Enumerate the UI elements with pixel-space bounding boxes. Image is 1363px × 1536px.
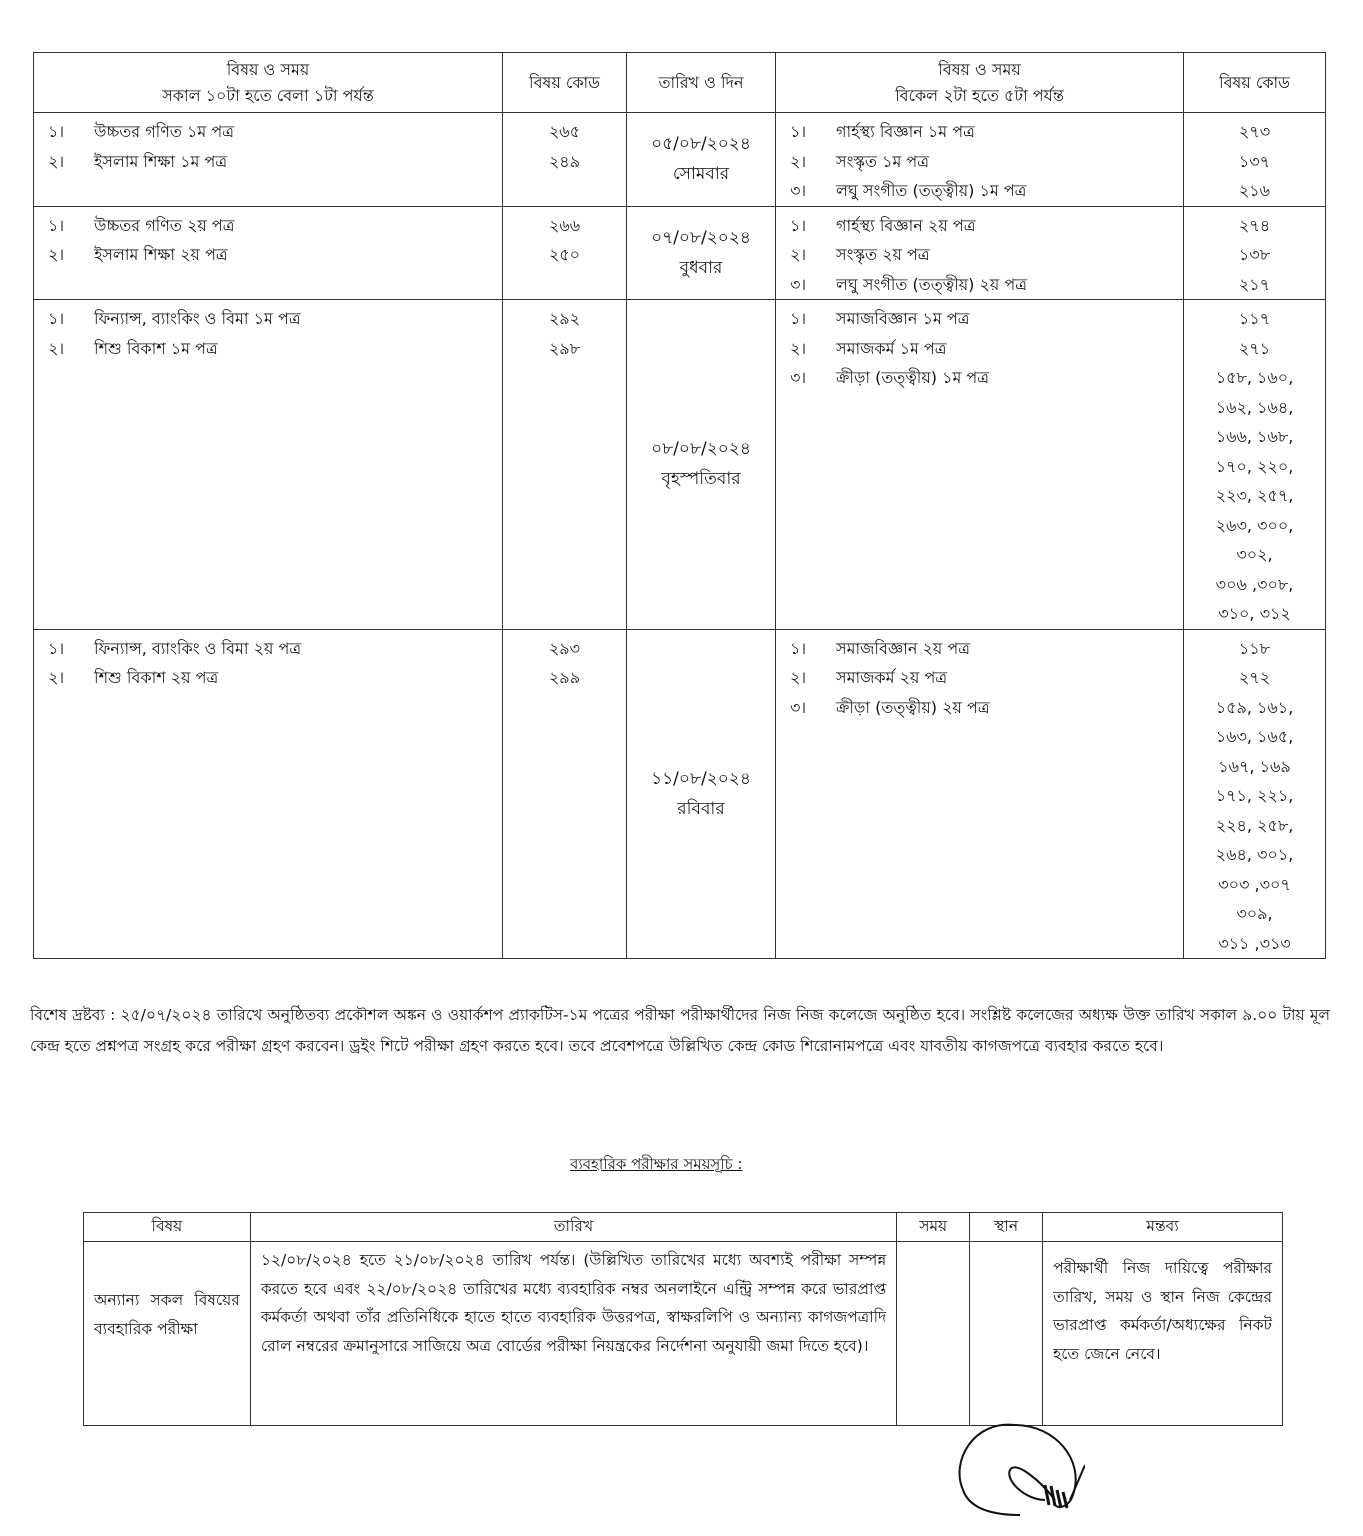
subject-code: ২৫০ [503,240,626,270]
subject-line: ২।ইসলাম শিক্ষা ২য় পত্র [34,240,502,270]
practical-header-place: স্থান [970,1213,1043,1242]
header-line: বিষয় ও সময় [34,57,502,83]
practical-header-subject: বিষয় [84,1213,251,1242]
subject-code: ২১৭ [1184,270,1325,300]
subject-code: ৩০৬ ,৩০৮, [1184,570,1325,600]
subject-line: ৩।লঘু সংগীত (তত্ত্বীয়) ১ম পত্র [776,176,1183,206]
item-number: ৩। [776,693,836,723]
item-number: ৩। [776,363,836,393]
subject-line: ১।গার্হস্থ্য বিজ্ঞান ১ম পত্র [776,117,1183,147]
subject-name: সংস্কৃত ১ম পত্র [836,152,929,171]
subject-code: ১৫৮, ১৬০, [1184,363,1325,393]
subject-code: ৩০৯, [1184,899,1325,929]
subject-code: ১১৭ [1184,304,1325,334]
morning-codes-cell: ২৯৩২৯৯ [503,629,627,959]
subject-name: লঘু সংগীত (তত্ত্বীয়) ১ম পত্র [836,181,1026,200]
item-number: ২। [776,334,836,364]
subject-name: গার্হস্থ্য বিজ্ঞান ১ম পত্র [836,122,975,141]
subject-code: ৩১১ ,৩১৩ [1184,929,1325,959]
item-number: ১। [776,211,836,241]
date-day-cell: ০৫/০৮/২০২৪সোমবার [627,113,776,207]
subject-name: ইসলাম শিক্ষা ১ম পত্র [94,152,227,171]
exam-date: ০৫/০৮/২০২৪ [627,129,775,159]
item-number: ১। [776,117,836,147]
item-number: ২। [776,147,836,177]
afternoon-codes-cell: ১১৮২৭২১৫৯, ১৬১,১৬৩, ১৬৫,১৬৭, ১৬৯১৭১, ২২১… [1184,629,1326,959]
item-number: ১। [34,117,94,147]
practical-header-date: তারিখ [250,1213,896,1242]
practical-row: অন্যান্য সকল বিষয়ের ব্যবহারিক পরীক্ষা ১… [84,1242,1283,1426]
subject-code: ২১৬ [1184,176,1325,206]
subject-name: শিশু বিকাশ ২য় পত্র [94,668,218,687]
subject-line: ২।সমাজকর্ম ২য় পত্র [776,663,1183,693]
subject-name: ক্রীড়া (তত্ত্বীয়) ২য় পত্র [836,698,990,717]
exam-schedule-table: বিষয় ও সময় সকাল ১০টা হতে বেলা ১টা পর্য… [33,52,1326,959]
exam-day: সোমবার [627,159,775,189]
subject-code: ১৫৯, ১৬১, [1184,693,1325,723]
subject-name: সংস্কৃত ২য় পত্র [836,245,930,264]
afternoon-subjects-cell: ১।গার্হস্থ্য বিজ্ঞান ১ম পত্র২।সংস্কৃত ১ম… [776,113,1184,207]
morning-subjects-cell: ১।ফিন্যান্স, ব্যাংকিং ও বিমা ২য় পত্র২।শ… [34,629,503,959]
signature-icon [945,1420,1085,1520]
subject-code: ১৭০, ২২০, [1184,452,1325,482]
subject-code: ২৭৩ [1184,117,1325,147]
afternoon-codes-cell: ২৭৪১৩৮২১৭ [1184,206,1326,300]
item-number: ১। [34,304,94,334]
item-number: ৩। [776,176,836,206]
subject-code: ১৬৬, ১৬৮, [1184,422,1325,452]
subject-name: ফিন্যান্স, ব্যাংকিং ও বিমা ২য় পত্র [94,639,301,658]
subject-code: ২৯৯ [503,663,626,693]
practical-remark: পরীক্ষার্থী নিজ দায়িত্বে পরীক্ষার তারিখ… [1053,1254,1272,1368]
subject-code: ২২৪, ২৫৮, [1184,811,1325,841]
subject-code: ২২৩, ২৫৭, [1184,481,1325,511]
special-note: বিশেষ দ্রষ্টব্য : ২৫/০৭/২০২৪ তারিখে অনুষ… [30,1000,1330,1062]
date-day-cell: ০৭/০৮/২০২৪বুধবার [627,206,776,300]
item-number: ২। [34,334,94,364]
table-row: ১।উচ্চতর গণিত ১ম পত্র২।ইসলাম শিক্ষা ১ম প… [34,113,1326,207]
practical-date-cell: ১২/০৮/২০২৪ হতে ২১/০৮/২০২৪ তারিখ পর্যন্ত।… [250,1242,896,1426]
subject-code: ২৯২ [503,304,626,334]
item-number: ২। [776,240,836,270]
exam-date: ০৮/০৮/২০২৪ [627,434,775,464]
subject-line: ১।ফিন্যান্স, ব্যাংকিং ও বিমা ১ম পত্র [34,304,502,334]
subject-code: ২৬৪, ৩০১, [1184,840,1325,870]
afternoon-subjects-cell: ১।গার্হস্থ্য বিজ্ঞান ২য় পত্র২।সংস্কৃত ২… [776,206,1184,300]
item-number: ২। [34,663,94,693]
practical-subject-cell: অন্যান্য সকল বিষয়ের ব্যবহারিক পরীক্ষা [84,1242,251,1426]
practical-header-time: সময় [897,1213,970,1242]
morning-codes-cell: ২৬৫২৪৯ [503,113,627,207]
subject-line: ১।উচ্চতর গণিত ২য় পত্র [34,211,502,241]
subject-code: ১৬২, ১৬৪, [1184,393,1325,423]
subject-line: ১।সমাজবিজ্ঞান ২য় পত্র [776,634,1183,664]
subject-code: ১৩৭ [1184,147,1325,177]
table-row: ১।উচ্চতর গণিত ২য় পত্র২।ইসলাম শিক্ষা ২য়… [34,206,1326,300]
subject-name: সমাজবিজ্ঞান ২য় পত্র [836,639,970,658]
subject-code: ৩১০, ৩১২ [1184,599,1325,629]
subject-name: সমাজকর্ম ২য় পত্র [836,668,947,687]
morning-subjects-cell: ১।ফিন্যান্স, ব্যাংকিং ও বিমা ১ম পত্র২।শি… [34,300,503,630]
practical-header-row: বিষয় তারিখ সময় স্থান মন্তব্য [84,1213,1283,1242]
practical-place-cell [970,1242,1043,1426]
practical-schedule-table: বিষয় তারিখ সময় স্থান মন্তব্য অন্যান্য … [83,1212,1283,1426]
subject-name: লঘু সংগীত (তত্ত্বীয়) ২য় পত্র [836,275,1027,294]
subject-line: ১।ফিন্যান্স, ব্যাংকিং ও বিমা ২য় পত্র [34,634,502,664]
subject-name: ফিন্যান্স, ব্যাংকিং ও বিমা ১ম পত্র [94,309,301,328]
subject-line: ৩।ক্রীড়া (তত্ত্বীয়) ১ম পত্র [776,363,1183,393]
subject-line: ৩।ক্রীড়া (তত্ত্বীয়) ২য় পত্র [776,693,1183,723]
header-afternoon-subject: বিষয় ও সময় বিকেল ২টা হতে ৫টা পর্যন্ত [776,53,1184,113]
afternoon-codes-cell: ১১৭২৭১১৫৮, ১৬০,১৬২, ১৬৪,১৬৬, ১৬৮,১৭০, ২২… [1184,300,1326,630]
exam-day: বৃহস্পতিবার [627,464,775,494]
header-morning-code: বিষয় কোড [503,53,627,113]
subject-name: ইসলাম শিক্ষা ২য় পত্র [94,245,228,264]
date-day-cell: ০৮/০৮/২০২৪বৃহস্পতিবার [627,300,776,630]
date-day-cell: ১১/০৮/২০২৪রবিবার [627,629,776,959]
exam-date: ০৭/০৮/২০২৪ [627,223,775,253]
subject-name: উচ্চতর গণিত ২য় পত্র [94,216,235,235]
subject-line: ১।উচ্চতর গণিত ১ম পত্র [34,117,502,147]
subject-code: ২৬৫ [503,117,626,147]
header-line: বিষয় ও সময় [776,57,1183,83]
subject-line: ৩।লঘু সংগীত (তত্ত্বীয়) ২য় পত্র [776,270,1183,300]
practical-remark-cell: পরীক্ষার্থী নিজ দায়িত্বে পরীক্ষার তারিখ… [1043,1242,1283,1426]
item-number: ২। [34,147,94,177]
morning-subjects-cell: ১।উচ্চতর গণিত ২য় পত্র২।ইসলাম শিক্ষা ২য়… [34,206,503,300]
subject-name: ক্রীড়া (তত্ত্বীয়) ১ম পত্র [836,368,989,387]
subject-code: ২৬৬ [503,211,626,241]
subject-line: ১।গার্হস্থ্য বিজ্ঞান ২য় পত্র [776,211,1183,241]
subject-line: ২।শিশু বিকাশ ১ম পত্র [34,334,502,364]
exam-day: বুধবার [627,253,775,283]
header-date-day: তারিখ ও দিন [627,53,776,113]
item-number: ২। [34,240,94,270]
subject-code: ২৬৩, ৩০০, [1184,511,1325,541]
subject-code: ১৬৩, ১৬৫, [1184,722,1325,752]
subject-code: ১৭১, ২২১, [1184,781,1325,811]
item-number: ১। [776,304,836,334]
morning-codes-cell: ২৯২২৯৮ [503,300,627,630]
subject-line: ২।সমাজকর্ম ১ম পত্র [776,334,1183,364]
subject-code: ১১৮ [1184,634,1325,664]
subject-line: ২।সংস্কৃত ২য় পত্র [776,240,1183,270]
subject-name: গার্হস্থ্য বিজ্ঞান ২য় পত্র [836,216,975,235]
subject-name: সমাজবিজ্ঞান ১ম পত্র [836,309,969,328]
practical-header-remark: মন্তব্য [1043,1213,1283,1242]
table-header-row: বিষয় ও সময় সকাল ১০টা হতে বেলা ১টা পর্য… [34,53,1326,113]
subject-name: উচ্চতর গণিত ১ম পত্র [94,122,234,141]
afternoon-subjects-cell: ১।সমাজবিজ্ঞান ১ম পত্র২।সমাজকর্ম ১ম পত্র৩… [776,300,1184,630]
subject-line: ১।সমাজবিজ্ঞান ১ম পত্র [776,304,1183,334]
afternoon-subjects-cell: ১।সমাজবিজ্ঞান ২য় পত্র২।সমাজকর্ম ২য় পত্… [776,629,1184,959]
table-row: ১।ফিন্যান্স, ব্যাংকিং ও বিমা ১ম পত্র২।শি… [34,300,1326,630]
subject-code: ১৬৭, ১৬৯ [1184,752,1325,782]
subject-code: ৩০২, [1184,540,1325,570]
morning-codes-cell: ২৬৬২৫০ [503,206,627,300]
header-line: বিকেল ২টা হতে ৫টা পর্যন্ত [776,83,1183,109]
practical-subject: অন্যান্য সকল বিষয়ের ব্যবহারিক পরীক্ষা [94,1286,240,1343]
subject-code: ২৭৪ [1184,211,1325,241]
header-morning-subject: বিষয় ও সময় সকাল ১০টা হতে বেলা ১টা পর্য… [34,53,503,113]
subject-line: ২।সংস্কৃত ১ম পত্র [776,147,1183,177]
exam-day: রবিবার [627,794,775,824]
afternoon-codes-cell: ২৭৩১৩৭২১৬ [1184,113,1326,207]
morning-subjects-cell: ১।উচ্চতর গণিত ১ম পত্র২।ইসলাম শিক্ষা ১ম প… [34,113,503,207]
subject-code: ৩০৩ ,৩০৭ [1184,870,1325,900]
item-number: ২। [776,663,836,693]
subject-name: শিশু বিকাশ ১ম পত্র [94,339,218,358]
subject-code: ২৭১ [1184,334,1325,364]
subject-code: ১৩৮ [1184,240,1325,270]
subject-name: সমাজকর্ম ১ম পত্র [836,339,947,358]
practical-schedule-title: ব্যবহারিক পরীক্ষার সময়সূচি : [570,1153,743,1178]
item-number: ১। [34,634,94,664]
subject-code: ২৪৯ [503,147,626,177]
practical-time-cell [897,1242,970,1426]
item-number: ৩। [776,270,836,300]
subject-code: ২৯৮ [503,334,626,364]
subject-line: ২।শিশু বিকাশ ২য় পত্র [34,663,502,693]
table-row: ১।ফিন্যান্স, ব্যাংকিং ও বিমা ২য় পত্র২।শ… [34,629,1326,959]
header-line: সকাল ১০টা হতে বেলা ১টা পর্যন্ত [34,83,502,109]
subject-line: ২।ইসলাম শিক্ষা ১ম পত্র [34,147,502,177]
item-number: ১। [34,211,94,241]
header-afternoon-code: বিষয় কোড [1184,53,1326,113]
subject-code: ২৯৩ [503,634,626,664]
subject-code: ২৭২ [1184,663,1325,693]
item-number: ১। [776,634,836,664]
exam-date: ১১/০৮/২০২৪ [627,764,775,794]
